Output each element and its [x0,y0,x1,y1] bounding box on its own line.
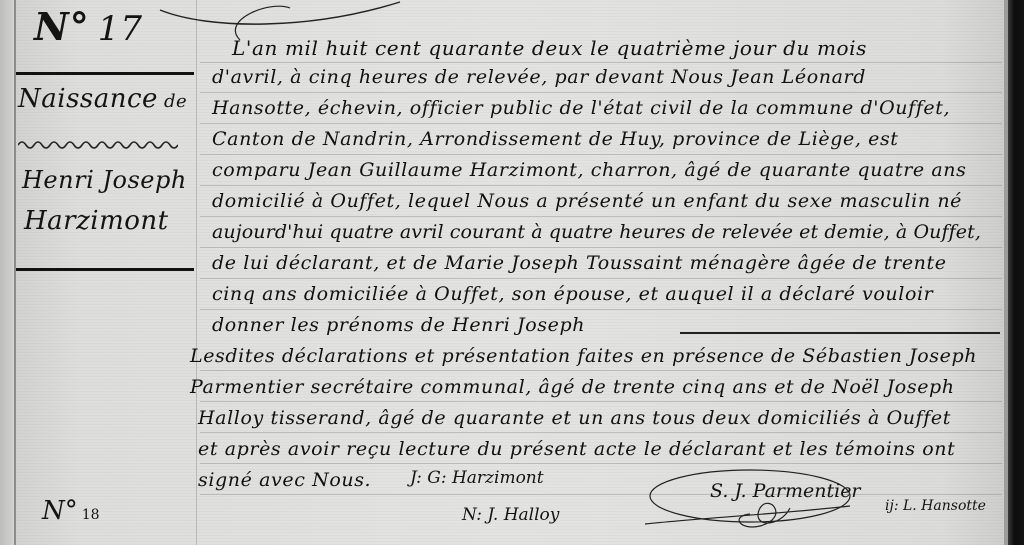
body-line: Canton de Nandrin, Arrondissement de Huy… [212,128,899,150]
record-type: Naissance [18,84,158,114]
ruled-line [200,278,1002,279]
body-line: de lui déclarant, et de Marie Joseph Tou… [212,252,947,274]
ruled-line [200,463,1002,464]
body-line: Hansotte, échevin, officier public de l'… [212,97,950,119]
signature-witness-parmentier: S. J. Parmentier [710,480,861,502]
margin-divider [16,268,194,271]
ruled-line [200,62,1002,63]
signature-officer-hansotte: ij: L. Hansotte [885,498,986,514]
act-number: N°17 [34,4,143,49]
child-surname: Harzimont [24,206,169,236]
body-line: signé avec Nous. [198,469,371,491]
ruled-line [200,123,1002,124]
ruled-line [200,216,1002,217]
body-line: domicilié à Ouffet, lequel Nous a présen… [212,190,962,212]
body-line: Parmentier secrétaire communal, âgé de t… [190,376,955,398]
capital-flourish [150,0,470,40]
name-underline [680,332,1000,334]
body-line: cinq ans domiciliée à Ouffet, son épouse… [212,283,933,305]
body-line: et après avoir reçu lecture du présent a… [198,438,955,460]
ruled-line [200,185,1002,186]
body-line: comparu Jean Guillaume Harzimont, charro… [212,159,966,181]
book-binding [1008,0,1024,545]
body-line: aujourd'hui quatre avril courant à quatr… [212,221,981,243]
ruled-line [200,494,1002,495]
signature-declarant: J: G: Harzimont [410,468,544,488]
body-line: donner les prénoms de Henri Joseph [212,314,585,336]
body-line: L'an mil huit cent quarante deux le quat… [232,36,867,60]
act-prefix: N° [34,4,90,49]
margin-divider [16,72,194,75]
act-number-value: 17 [98,9,143,49]
body-line: Lesdites déclarations et présentation fa… [190,345,977,367]
record-type-title: Naissancede [18,84,187,114]
ruled-line [200,247,1002,248]
ruled-line [200,370,1002,371]
next-act-number: N°18 [42,496,100,526]
body-line: d'avril, à cinq heures de relevée, par d… [212,66,866,88]
ruled-line [200,401,1002,402]
signature-witness-halloy: N: J. Halloy [462,505,559,525]
record-type-suffix: de [164,91,187,112]
body-line: Halloy tisserand, âgé de quarante et un … [198,407,951,429]
next-act-prefix: N° [42,496,78,526]
register-page: N°17 Naissancede Henri Joseph Harzimont … [0,0,1024,545]
ruled-line [200,432,1002,433]
wavy-underline-flourish [18,138,178,152]
margin-rule [196,0,197,545]
next-act-number-value: 18 [82,507,100,523]
ruled-line [200,92,1002,93]
page-edge [0,0,16,545]
ruled-line [200,309,1002,310]
ruled-line [200,154,1002,155]
child-given-names: Henri Joseph [22,166,187,194]
